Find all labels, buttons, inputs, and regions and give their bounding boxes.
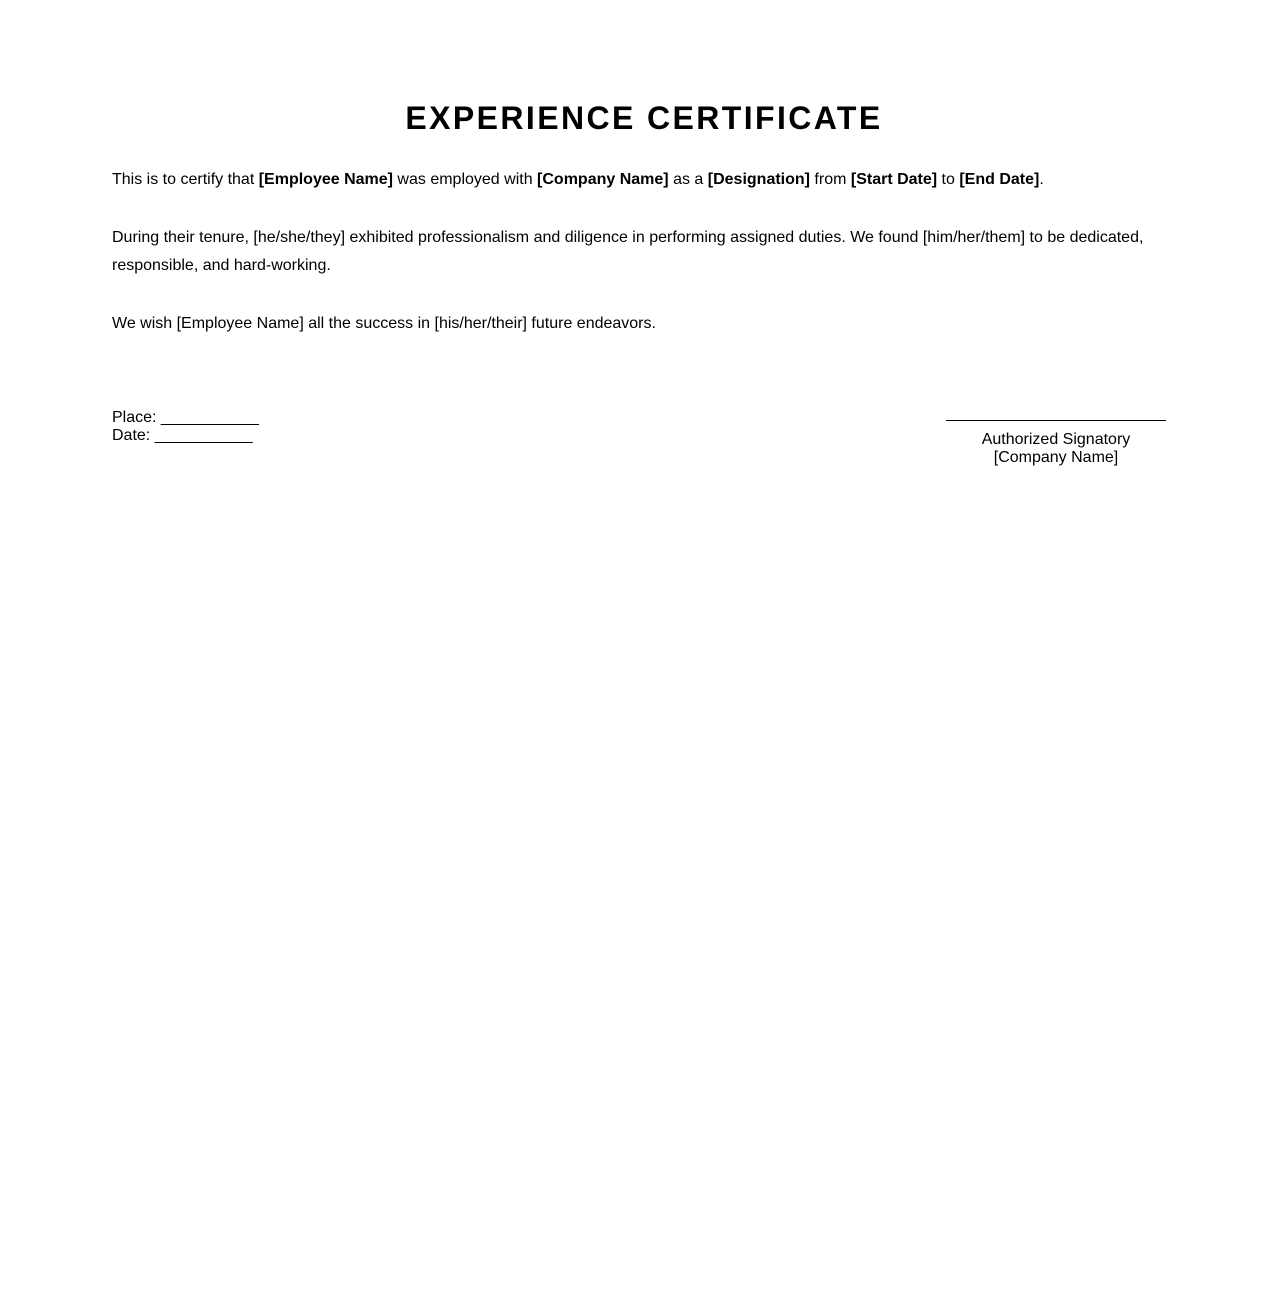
signature-block: Authorized Signatory [Company Name] <box>946 420 1166 467</box>
employee-name-placeholder: [Employee Name] <box>259 171 393 188</box>
certificate-title: EXPERIENCE CERTIFICATE <box>112 98 1166 138</box>
date-field: Date: ___________ <box>112 427 259 445</box>
certification-statement: This is to certify that [Employee Name] … <box>112 166 1166 194</box>
start-date-placeholder: [Start Date] <box>851 171 937 188</box>
place-date-block: Place: ___________ Date: ___________ <box>112 409 259 445</box>
place-field: Place: ___________ <box>112 409 259 427</box>
statement-text: as a <box>669 171 708 188</box>
signature-line <box>946 420 1166 421</box>
signatory-company: [Company Name] <box>946 449 1166 467</box>
tenure-paragraph: During their tenure, [he/she/they] exhib… <box>112 224 1166 280</box>
statement-text: to <box>937 171 959 188</box>
designation-placeholder: [Designation] <box>708 171 810 188</box>
statement-text: . <box>1039 171 1043 188</box>
signatory-title: Authorized Signatory <box>946 431 1166 449</box>
company-name-placeholder: [Company Name] <box>537 171 669 188</box>
end-date-placeholder: [End Date] <box>959 171 1039 188</box>
statement-text: was employed with <box>393 171 537 188</box>
statement-text: This is to certify that <box>112 171 259 188</box>
wishes-paragraph: We wish [Employee Name] all the success … <box>112 310 1166 338</box>
statement-text: from <box>810 171 851 188</box>
